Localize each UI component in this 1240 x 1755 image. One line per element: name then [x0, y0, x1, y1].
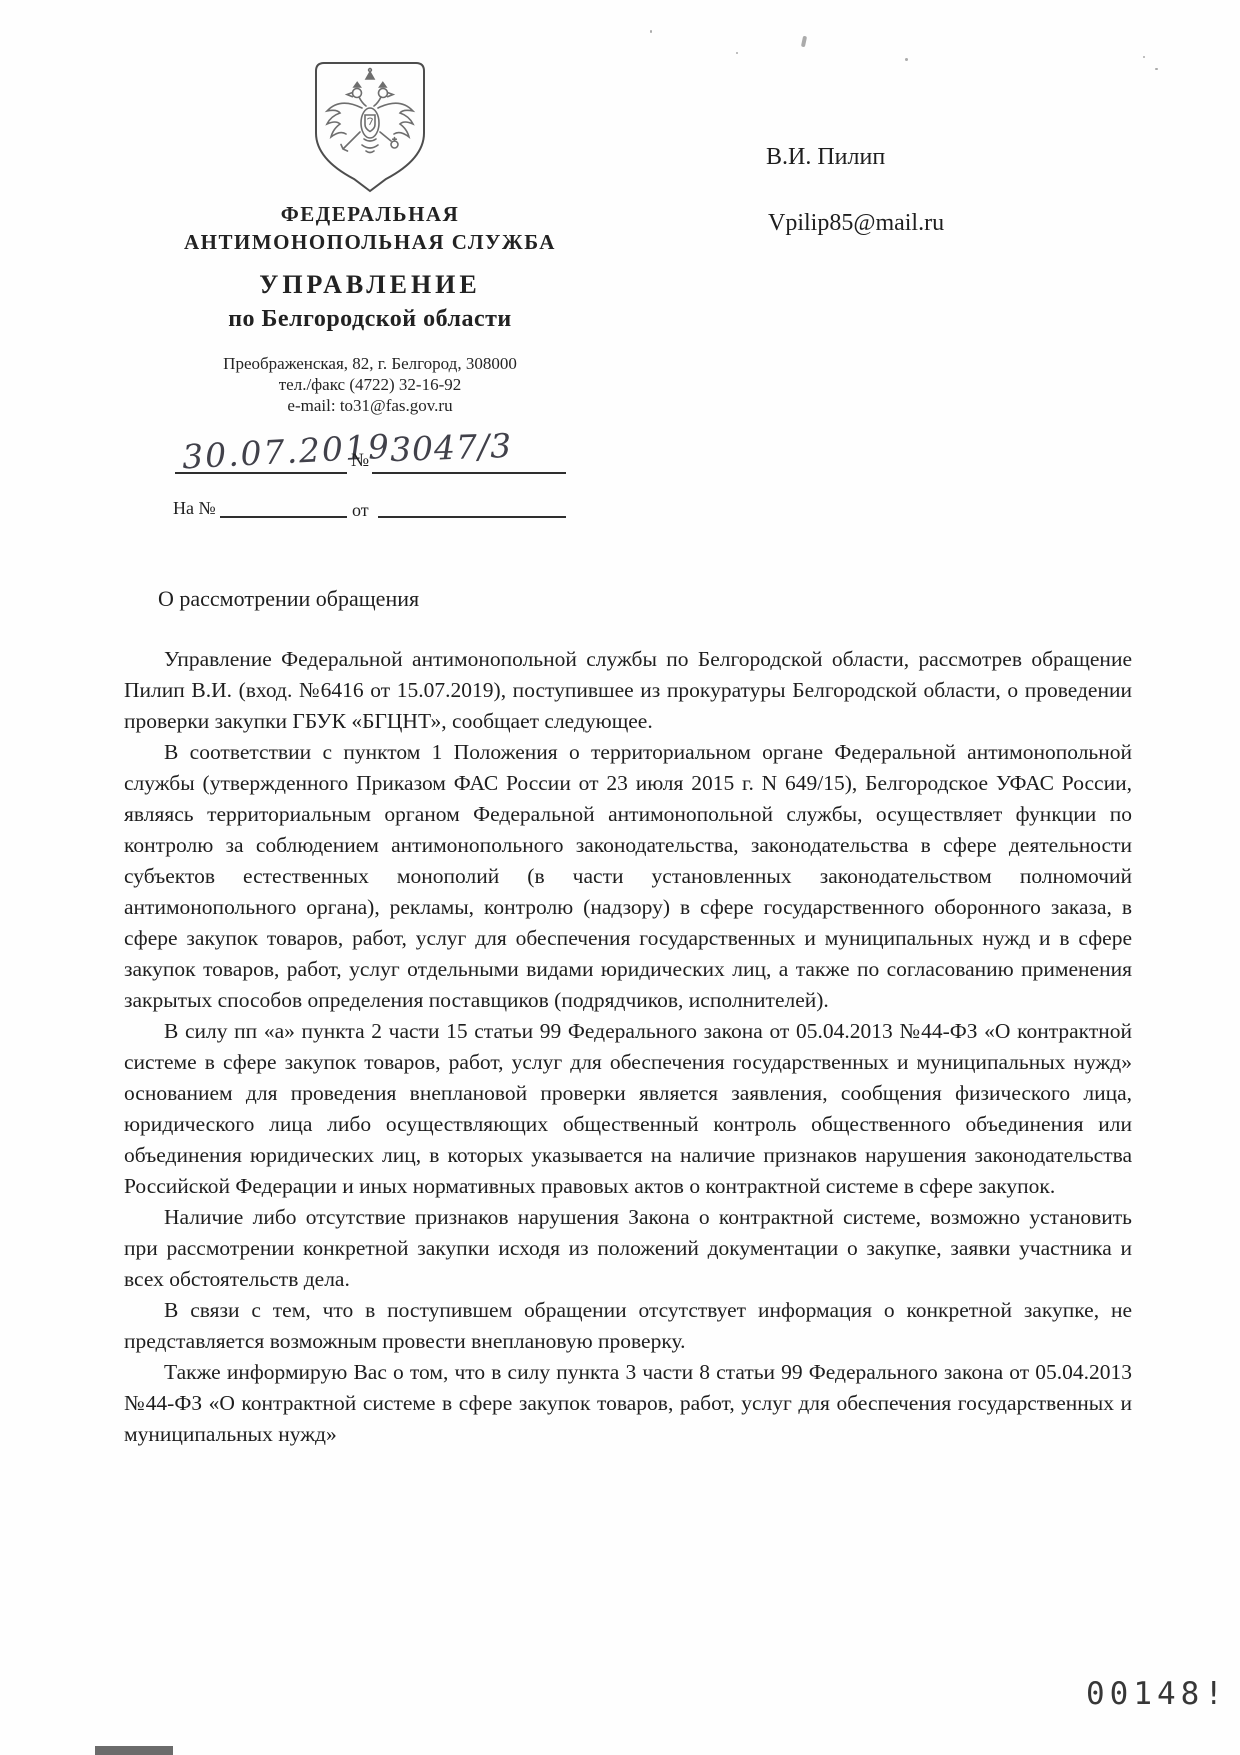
- body-paragraph: Управление Федеральной антимонопольной с…: [124, 644, 1132, 737]
- scan-speck: [650, 30, 652, 33]
- division-name: УПРАВЛЕНИЕ: [140, 270, 600, 300]
- body-paragraph: Наличие либо отсутствие признаков наруше…: [124, 1202, 1132, 1295]
- postal-address: Преображенская, 82, г. Белгород, 308000: [140, 353, 600, 374]
- stamp-number: 00148: [1086, 1676, 1204, 1712]
- scan-edge-artifact: [95, 1746, 173, 1755]
- stamp-partial-glyph: !: [1204, 1676, 1228, 1712]
- date-underline: [175, 472, 347, 474]
- subject-line: О рассмотрении обращения: [158, 586, 419, 612]
- body-paragraph: В связи с тем, что в поступившем обращен…: [124, 1295, 1132, 1357]
- russia-coat-of-arms-icon: [310, 58, 430, 196]
- reply-number-underline: [220, 516, 347, 518]
- org-name-line1: ФЕДЕРАЛЬНАЯ: [281, 202, 460, 226]
- recipient-email: Vpilip85@mail.ru: [768, 210, 944, 237]
- email-address: e-mail: to31@fas.gov.ru: [140, 395, 600, 416]
- number-underline: [372, 472, 566, 474]
- phone-fax: тел./факс (4722) 32-16-92: [140, 374, 600, 395]
- letter-body: Управление Федеральной антимонопольной с…: [124, 644, 1132, 1450]
- scan-speck: [736, 52, 738, 54]
- body-paragraph: Также информирую Вас о том, что в силу п…: [124, 1357, 1132, 1450]
- recipient-name: В.И. Пилип: [766, 144, 885, 171]
- scanned-letter-page: ФЕДЕРАЛЬНАЯ АНТИМОНОПОЛЬНАЯ СЛУЖБА УПРАВ…: [0, 0, 1240, 1755]
- number-sign: №: [351, 450, 369, 472]
- organization-name: ФЕДЕРАЛЬНАЯ АНТИМОНОПОЛЬНАЯ СЛУЖБА: [140, 200, 600, 256]
- region-name: по Белгородской области: [140, 306, 600, 333]
- outgoing-number-handwritten: 3047/3: [389, 426, 512, 469]
- body-paragraph: В соответствии с пунктом 1 Положения о т…: [124, 737, 1132, 1016]
- reply-to-label: На №: [173, 498, 216, 519]
- body-paragraph: В силу пп «а» пункта 2 части 15 статьи 9…: [124, 1016, 1132, 1202]
- scan-speck: [1143, 56, 1145, 58]
- reply-from-label: от: [352, 500, 369, 521]
- scan-speck: [1155, 68, 1158, 70]
- contact-block: Преображенская, 82, г. Белгород, 308000 …: [140, 353, 600, 416]
- org-name-line2: АНТИМОНОПОЛЬНАЯ СЛУЖБА: [184, 230, 556, 254]
- scan-speck: [905, 58, 908, 61]
- registration-number-stamp: 00148!: [1086, 1676, 1228, 1712]
- scan-speck: [801, 36, 807, 48]
- reply-date-underline: [378, 516, 566, 518]
